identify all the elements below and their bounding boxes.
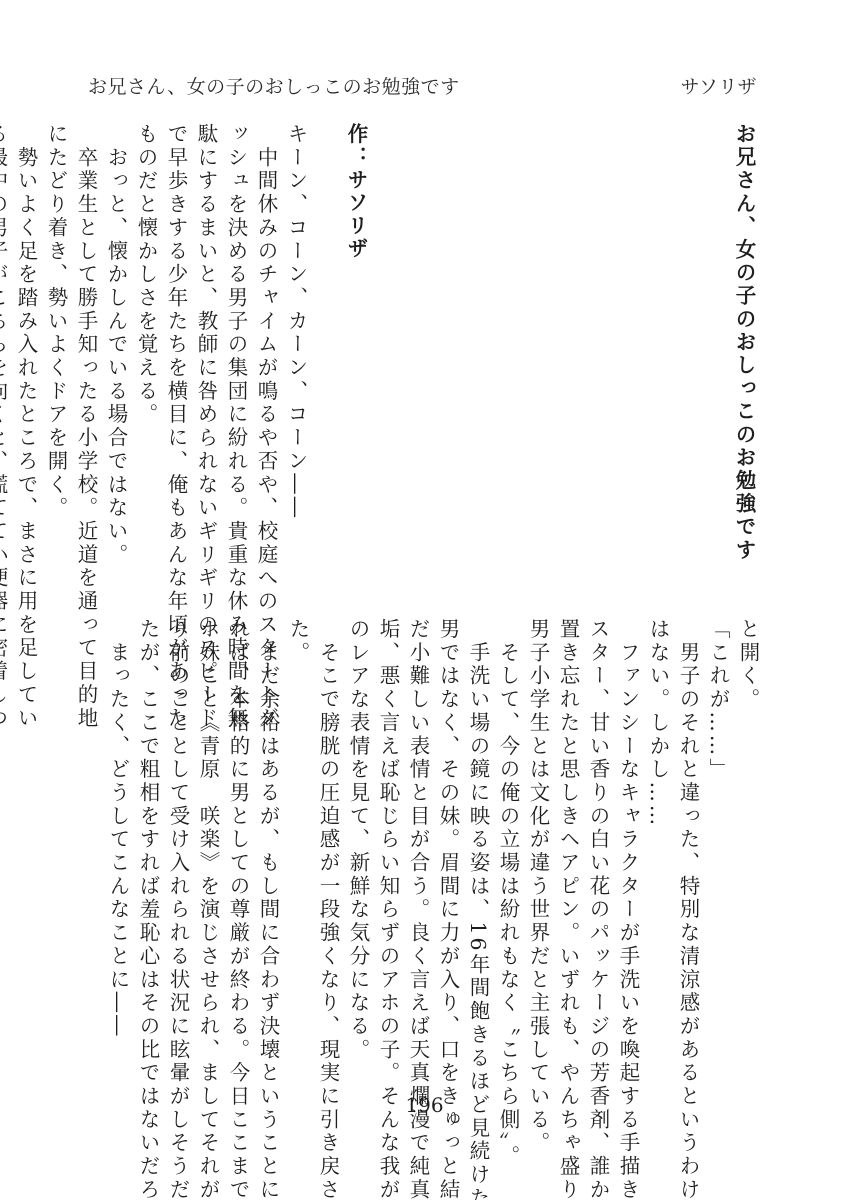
- text-line: と開く。: [733, 618, 763, 1088]
- text-line: 勢いよく足を踏み入れたところで、まさに用を足してい: [11, 123, 41, 593]
- text-line: のレアな表情を見て、新鮮な気分になる。: [343, 618, 373, 1088]
- text-line: 駄にするまいと、教師に咎められないギリギリのスピード: [191, 123, 221, 593]
- running-header-author: サソリザ: [681, 72, 757, 99]
- upper-text-block: お兄さん、女の子のおしっこのお勉強です 作：サソリザ キーン、コーン、カーン、コ…: [0, 123, 759, 593]
- text-line: にたどり着き、勢いよくドアを開く。: [41, 123, 71, 593]
- text-line: ッシュを決める男子の集団に紛れる。貴重な休み時間を無: [221, 123, 251, 593]
- story-byline: 作：サソリザ: [341, 123, 729, 593]
- text-line: れば、本格的に男としての尊厳が終わる。今日ここまでア: [223, 618, 253, 1088]
- text-line: スター、甘い香りの白い花のパッケージの芳香剤、誰かが: [583, 618, 613, 1088]
- text-line: り前のこととして受け入れられる状況に眩暈がしそうだっ: [163, 618, 193, 1088]
- text-line: 男子のそれと違った、特別な清涼感があるというわけで: [673, 618, 703, 1088]
- text-line: 垢、悪く言えば恥じらい知らずのアホの子。そんな我が妹: [373, 618, 403, 1088]
- text-line: たが、ここで粗相をすれば羞恥心はその比ではないだろう。: [133, 618, 163, 1088]
- text-line: 「これが……」: [703, 618, 733, 1088]
- text-line: ファンシーなキャラクターが手洗いを喚起する手描きポ: [613, 618, 643, 1088]
- text-line: 男子小学生とは文化が違う世界だと主張している。: [523, 618, 553, 1088]
- running-header-title: お兄さん、女の子のおしっこのお勉強です: [88, 72, 460, 99]
- text-line: た。: [283, 618, 313, 1088]
- page-number: 196: [0, 1093, 849, 1117]
- text-line: おっと、懐かしんでいる場合ではない。: [101, 123, 131, 593]
- text-line: で早歩きする少年たちを横目に、俺もあんな年頃があった: [161, 123, 191, 593]
- text-line: ものだと懐かしさを覚える。: [131, 123, 161, 593]
- text-line: 中間休みのチャイムが鳴るや否や、校庭へのスタートダ: [251, 123, 281, 593]
- text-line: まだ余裕はあるが、もし間に合わず決壊ということにな: [253, 618, 283, 1088]
- text-line: 男ではなく、その妹。眉間に力が入り、口をきゅっと結ん: [433, 618, 463, 1088]
- lower-text-block: と開く。 「これが……」 男子のそれと違った、特別な清涼感があるというわけで は…: [103, 618, 763, 1088]
- text-line: 手洗い場の鏡に映る姿は、16年間飽きるほど見続けた: [463, 618, 493, 1088]
- text-line: そして、今の俺の立場は紛れもなく〝こちら側〟。: [493, 618, 523, 1088]
- text-line: る最中の男子がこちらを向くと、慌てて小便器に密着しつ: [0, 123, 11, 593]
- text-line: だ小難しい表情と目が合う。良く言えば天真爛漫で純真無: [403, 618, 433, 1088]
- text-line: 卒業生として勝手知ったる小学校。近道を通って目的地: [71, 123, 101, 593]
- text-line: ホ妹こと《青原 咲楽》を演じさせられ、ましてそれが当た: [193, 618, 223, 1088]
- text-line: そこで膀胱の圧迫感が一段強くなり、現実に引き戻され: [313, 618, 343, 1088]
- text-line: まったく、どうしてこんなことに――: [103, 618, 133, 1088]
- story-title: お兄さん、女の子のおしっこのお勉強です: [729, 123, 759, 593]
- text-line: 置き忘れたと思しきヘアピン。いずれも、やんちゃ盛りの: [553, 618, 583, 1088]
- text-line: はない。しかし……: [643, 618, 673, 1088]
- blank-line: [311, 123, 341, 593]
- text-line: キーン、コーン、カーン、コーン――: [281, 123, 311, 593]
